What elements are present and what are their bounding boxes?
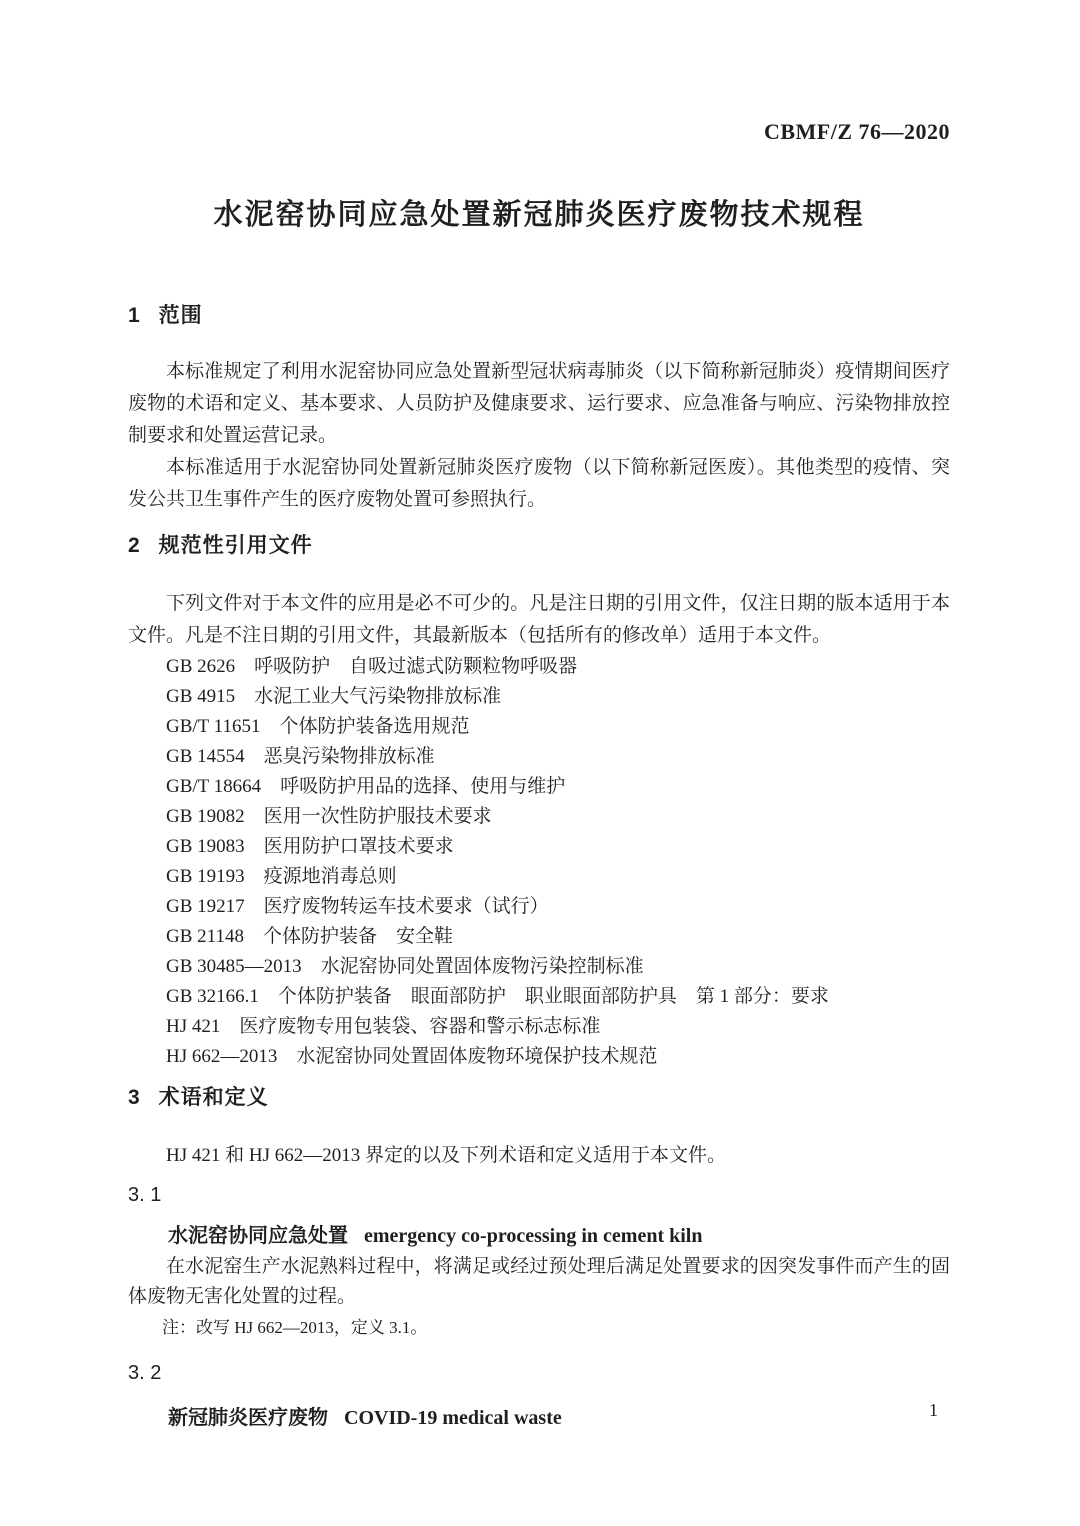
term-3-1-english: emergency co-processing in cement kiln — [364, 1225, 702, 1247]
section-3-number: 3 — [128, 1086, 140, 1109]
reference-code: GB 32166.1 — [166, 986, 259, 1007]
reference-code: GB 19217 — [166, 896, 245, 917]
reference-title: 呼吸防护 自吸过滤式防颗粒物呼吸器 — [254, 656, 577, 677]
reference-code: GB 21148 — [166, 926, 244, 947]
reference-item: GB 19082医用一次性防护服技术要求 — [128, 802, 950, 832]
reference-code: GB 2626 — [166, 656, 235, 677]
reference-code: GB 19083 — [166, 836, 245, 857]
reference-title: 呼吸防护用品的选择、使用与维护 — [280, 776, 565, 797]
reference-code: GB 4915 — [166, 686, 235, 707]
clause-3-1-number: 3. 1 — [128, 1182, 950, 1208]
term-3-2-english: COVID-19 medical waste — [344, 1407, 562, 1429]
standard-code: CBMF/Z 76—2020 — [128, 0, 950, 146]
reference-title: 医疗废物专用包装袋、容器和警示标志标准 — [239, 1016, 600, 1037]
terms-intro: HJ 421 和 HJ 662—2013 界定的以及下列术语和定义适用于本文件。 — [128, 1140, 950, 1172]
reference-item: GB 14554恶臭污染物排放标准 — [128, 742, 950, 772]
scope-paragraph-2: 本标准适用于水泥窑协同处置新冠肺炎医疗废物（以下简称新冠医废）。其他类型的疫情、… — [128, 452, 950, 516]
reference-title: 水泥工业大气污染物排放标准 — [254, 686, 501, 707]
clause-3-2-number: 3. 2 — [128, 1360, 950, 1386]
reference-code: GB 14554 — [166, 746, 245, 767]
reference-item: GB 19217医疗废物转运车技术要求（试行） — [128, 892, 950, 922]
reference-code: GB 19193 — [166, 866, 245, 887]
section-2-heading: 2规范性引用文件 — [128, 534, 950, 558]
reference-code: GB/T 11651 — [166, 716, 260, 737]
reference-title: 个体防护装备 安全鞋 — [263, 926, 453, 947]
reference-item: GB 19083医用防护口罩技术要求 — [128, 832, 950, 862]
reference-item: HJ 662—2013水泥窑协同处置固体废物环境保护技术规范 — [128, 1042, 950, 1072]
reference-item: GB/T 11651个体防护装备选用规范 — [128, 712, 950, 742]
reference-title: 水泥窑协同处置固体废物污染控制标准 — [321, 956, 644, 977]
section-1-label: 范围 — [159, 304, 203, 327]
reference-title: 恶臭污染物排放标准 — [264, 746, 435, 767]
term-3-2: 新冠肺炎医疗废物COVID-19 medical waste — [128, 1404, 950, 1432]
term-3-1: 水泥窑协同应急处置emergency co-processing in ceme… — [128, 1222, 950, 1250]
term-3-1-definition: 在水泥窑生产水泥熟料过程中，将满足或经过预处理后满足处置要求的因突发事件而产生的… — [128, 1252, 950, 1312]
reference-title: 个体防护装备 眼面部防护 职业眼面部防护具 第 1 部分：要求 — [278, 986, 829, 1007]
section-2-label: 规范性引用文件 — [159, 534, 313, 557]
normative-references-list: GB 2626呼吸防护 自吸过滤式防颗粒物呼吸器 GB 4915水泥工业大气污染… — [128, 652, 950, 1072]
reference-title: 水泥窑协同处置固体废物环境保护技术规范 — [296, 1046, 657, 1067]
term-3-1-note: 注：改写 HJ 662—2013，定义 3.1。 — [128, 1316, 950, 1340]
reference-title: 个体防护装备选用规范 — [279, 716, 469, 737]
reference-code: HJ 662—2013 — [166, 1046, 277, 1067]
reference-item: GB 4915水泥工业大气污染物排放标准 — [128, 682, 950, 712]
term-3-1-chinese: 水泥窑协同应急处置 — [168, 1225, 348, 1247]
reference-item: GB 32166.1个体防护装备 眼面部防护 职业眼面部防护具 第 1 部分：要… — [128, 982, 950, 1012]
section-2-number: 2 — [128, 534, 140, 557]
references-intro: 下列文件对于本文件的应用是必不可少的。凡是注日期的引用文件，仅注日期的版本适用于… — [128, 588, 950, 652]
reference-item: GB 21148个体防护装备 安全鞋 — [128, 922, 950, 952]
reference-item: GB 19193疫源地消毒总则 — [128, 862, 950, 892]
reference-code: GB 19082 — [166, 806, 245, 827]
reference-title: 医用防护口罩技术要求 — [264, 836, 454, 857]
reference-item: GB/T 18664呼吸防护用品的选择、使用与维护 — [128, 772, 950, 802]
term-3-2-chinese: 新冠肺炎医疗废物 — [168, 1407, 328, 1429]
reference-title: 疫源地消毒总则 — [264, 866, 397, 887]
document-title: 水泥窑协同应急处置新冠肺炎医疗废物技术规程 — [128, 198, 950, 232]
reference-item: GB 30485—2013水泥窑协同处置固体废物污染控制标准 — [128, 952, 950, 982]
reference-title: 医用一次性防护服技术要求 — [264, 806, 492, 827]
section-3-label: 术语和定义 — [159, 1086, 269, 1109]
reference-code: HJ 421 — [166, 1016, 220, 1037]
scope-paragraph-1: 本标准规定了利用水泥窑协同应急处置新型冠状病毒肺炎（以下简称新冠肺炎）疫情期间医… — [128, 356, 950, 452]
reference-title: 医疗废物转运车技术要求（试行） — [264, 896, 549, 917]
section-3-heading: 3术语和定义 — [128, 1086, 950, 1110]
page-number: 1 — [929, 1398, 938, 1422]
section-1-number: 1 — [128, 304, 140, 327]
section-1-heading: 1范围 — [128, 304, 950, 328]
reference-code: GB/T 18664 — [166, 776, 261, 797]
reference-item: HJ 421医疗废物专用包装袋、容器和警示标志标准 — [128, 1012, 950, 1042]
document-page: CBMF/Z 76—2020 水泥窑协同应急处置新冠肺炎医疗废物技术规程 1范围… — [0, 0, 1080, 1526]
reference-item: GB 2626呼吸防护 自吸过滤式防颗粒物呼吸器 — [128, 652, 950, 682]
reference-code: GB 30485—2013 — [166, 956, 302, 977]
